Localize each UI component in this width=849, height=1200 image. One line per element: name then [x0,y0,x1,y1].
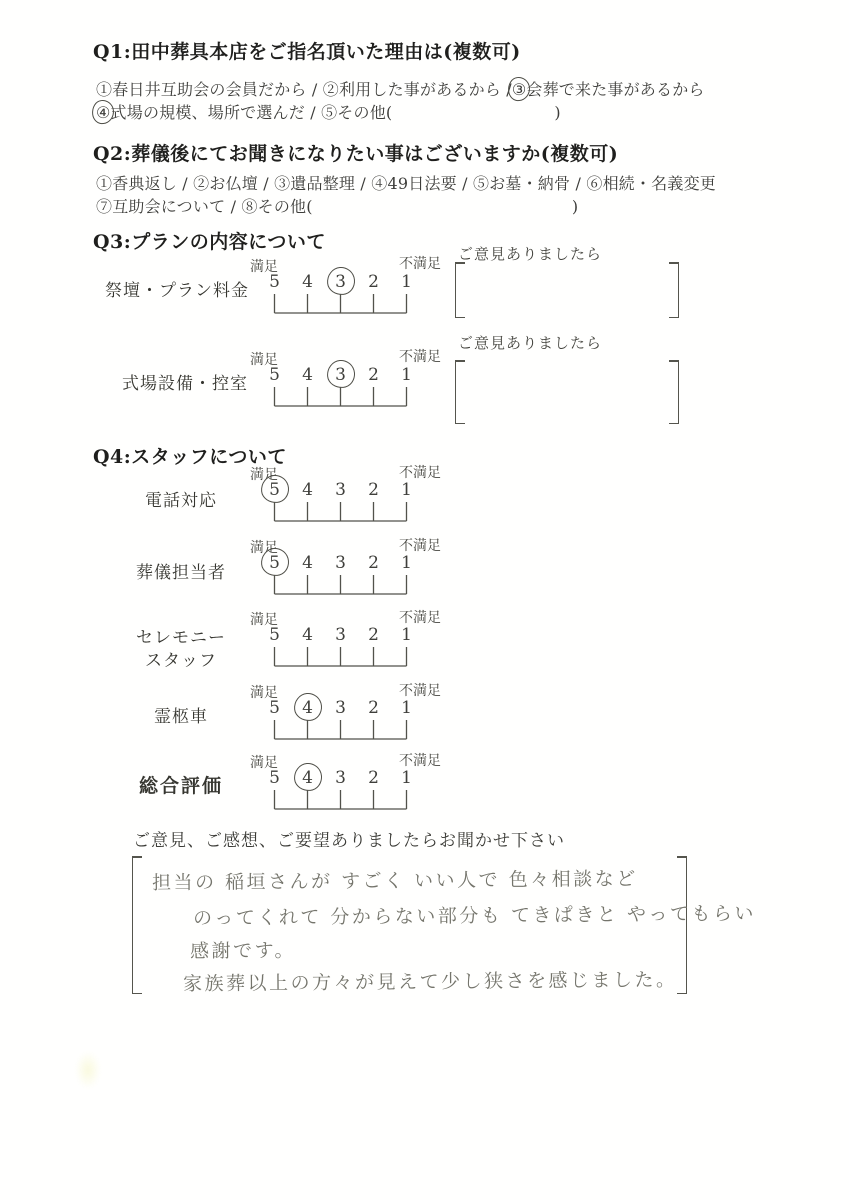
rating-row-label-overall: 総合評価 [110,771,252,798]
option-text: ) [554,103,560,122]
option-text: ) [572,197,578,216]
scale-comb [258,502,424,523]
option-text: 5 [258,365,291,385]
scale-comb [258,790,424,811]
rating-scale-ceremony-staff: 54321 [258,625,423,647]
option-text: 2 [357,698,390,718]
comment-hint: ご意見ありましたら [458,332,602,353]
option-text: 4 [291,365,324,385]
comment-bracket-left [455,360,466,424]
rating-scale-hearse: 54321 [258,698,423,720]
option-text: 3 [324,698,357,718]
option-text: 1 [390,480,423,500]
hand-circled-option: 4 [291,768,324,788]
option-text: ①春日井互助会の会員だから / ②利用した事があるから / [96,77,512,100]
q2-option-line-2: ⑦互助会について / ⑧その他( ) [96,194,578,217]
rating-scale-funeral-director: 54321 [258,553,423,575]
rating-row-label-hearse: 霊柩車 [110,702,252,727]
hand-circled-option: 3 [324,272,357,292]
option-text: 5 [258,272,291,292]
option-text: 4 [291,625,324,645]
hand-circled-option: 5 [258,480,291,500]
rating-row-label-plan-price: 祭壇・プラン料金 [105,276,248,301]
option-text: ⑦互助会について / ⑧その他( [96,194,313,217]
option-text: 1 [390,625,423,645]
option-text: 2 [357,768,390,788]
unsatisfied-label: 不満足 [399,680,441,700]
hand-circled-option: 3 [324,365,357,385]
q3-heading: Q3:プランの内容について [93,227,326,254]
comment-bracket-left [455,262,466,318]
scale-comb [258,647,424,668]
rating-row-label-funeral-director: 葬儀担当者 [110,558,252,583]
q1-option-line-2: ④式場の規模、場所で選んだ / ⑤その他( ) [96,100,561,123]
option-text: 4 [291,480,324,500]
q1-option-line-1: ①春日井互助会の会員だから / ②利用した事があるから /③会葬で来た事があるか… [96,77,705,100]
q2-heading: Q2:葬儀後にてお聞きになりたい事はございますか(複数可) [93,139,618,166]
scale-comb [258,575,424,596]
hand-circled-option: ④ [96,103,111,122]
unsatisfied-label: 不満足 [399,750,441,770]
option-text: 1 [390,768,423,788]
hand-circled-option: ③ [512,80,527,99]
option-text: 5 [258,768,291,788]
option-text: 2 [357,553,390,573]
handwritten-comment-line-4: 家族葬以上の方々が見えて少し狭さを感じました。 [183,965,678,996]
scale-comb [258,294,424,315]
rating-scale-hall-facilities: 54321 [258,365,423,387]
q1-heading: Q1:田中葬具本店をご指名頂いた理由は(複数可) [93,37,521,64]
rating-scale-phone: 54321 [258,480,423,502]
comment-hint: ご意見ありましたら [458,243,602,264]
option-text: ①香典返し / ②お仏壇 / ③遺品整理 / ④49日法要 / ⑤お墓・納骨 /… [96,171,716,194]
option-text: 1 [390,365,423,385]
survey-scan-page: Q1:田中葬具本店をご指名頂いた理由は(複数可) ①春日井互助会の会員だから /… [0,0,849,1200]
handwritten-comment-line-2: のってくれて 分からない部分も てきぱきと やってもらい [193,899,756,931]
unsatisfied-label: 不満足 [399,462,441,482]
comment-bracket-right [668,262,679,318]
free-comment-heading: ご意見、ご感想、ご要望ありましたらお聞かせ下さい [133,826,565,851]
option-text: 4 [291,553,324,573]
rating-row-label-ceremony-staff-1: セレモニー [110,623,252,648]
unsatisfied-label: 不満足 [399,535,441,555]
option-text: 4 [291,272,324,292]
option-text [313,194,572,217]
option-text: 会葬で来た事があるから [526,77,704,100]
scale-comb [258,720,424,741]
rating-row-label-hall-facilities: 式場設備・控室 [105,369,248,394]
scale-comb [258,387,424,408]
option-text: 3 [324,625,357,645]
option-text: 2 [357,365,390,385]
hand-circled-option: 5 [258,553,291,573]
option-text: 5 [258,625,291,645]
option-text: 1 [390,698,423,718]
option-text: 2 [357,272,390,292]
scan-smudge [76,1052,100,1088]
unsatisfied-label: 不満足 [399,607,441,627]
rating-scale-plan-price: 54321 [258,272,423,294]
option-text: 式場の規模、場所で選んだ / ⑤その他( [111,100,393,123]
hand-circled-option: 4 [291,698,324,718]
option-text: 2 [357,625,390,645]
option-text: 3 [324,480,357,500]
rating-row-label-ceremony-staff-2: スタッフ [110,646,252,671]
option-text: 3 [324,768,357,788]
rating-row-label-phone: 電話対応 [110,486,252,511]
option-text: 1 [390,553,423,573]
unsatisfied-label: 不満足 [399,253,441,273]
option-text: 5 [258,698,291,718]
comment-bracket-right [668,360,679,424]
q2-option-line-1: ①香典返し / ②お仏壇 / ③遺品整理 / ④49日法要 / ⑤お墓・納骨 /… [96,171,716,194]
option-text: 2 [357,480,390,500]
unsatisfied-label: 不満足 [399,346,441,366]
option-text: 3 [324,553,357,573]
rating-scale-overall: 54321 [258,768,423,790]
option-text [392,100,554,123]
free-comment-bracket-left [132,856,143,994]
handwritten-comment-line-3: 感謝です。 [190,936,296,964]
handwritten-comment-line-1: 担当の 稲垣さんが すごく いい人で 色々相談など [152,864,638,895]
option-text: 1 [390,272,423,292]
